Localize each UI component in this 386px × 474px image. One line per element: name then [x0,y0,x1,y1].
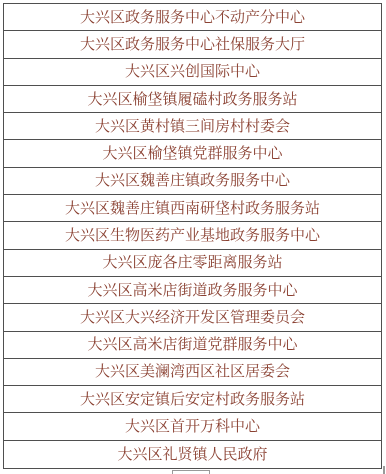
corner-resize-mark [383,466,385,474]
table-row: 大兴区礼贤镇人民政府 [4,441,381,468]
row-label: 大兴区美澜湾西区社区居委会 [95,364,290,379]
row-label: 大兴区榆垡镇履磕村政务服务站 [87,92,297,107]
row-label: 大兴区黄村镇三间房村村委会 [95,119,290,134]
table-row: 大兴区高米店街道政务服务中心 [4,277,381,304]
row-label: 大兴区魏善庄镇西南研垡村政务服务站 [65,201,320,216]
row-label: 大兴区兴创国际中心 [125,64,260,79]
table-row: 大兴区兴创国际中心 [4,59,381,86]
row-label: 大兴区生物医药产业基地政务服务中心 [65,228,320,243]
table-row: 大兴区生物医药产业基地政务服务中心 [4,222,381,249]
table-row: 大兴区魏善庄镇政务服务中心 [4,168,381,195]
row-label: 大兴区庞各庄零距离服务站 [102,255,282,270]
row-label: 大兴区魏善庄镇政务服务中心 [95,173,290,188]
table-row: 大兴区政务服务中心社保服务大厅 [4,31,381,58]
row-label: 大兴区大兴经济开发区管理委员会 [80,310,305,325]
table-row: 大兴区高米店街道党群服务中心 [4,332,381,359]
row-label: 大兴区礼贤镇人民政府 [117,447,267,462]
table-row: 大兴区政务服务中心不动产分中心 [4,4,381,31]
table-row: 大兴区大兴经济开发区管理委员会 [4,304,381,331]
row-label: 大兴区政务服务中心社保服务大厅 [80,37,305,52]
table-row: 大兴区黄村镇三间房村村委会 [4,113,381,140]
document-page: 大兴区政务服务中心不动产分中心 大兴区政务服务中心社保服务大厅 大兴区兴创国际中… [0,0,386,474]
row-label: 大兴区高米店街道党群服务中心 [87,337,297,352]
row-label: 大兴区政务服务中心不动产分中心 [80,10,305,25]
row-label: 大兴区榆垡镇党群服务中心 [102,146,282,161]
table-row: 大兴区安定镇后安定村政务服务站 [4,386,381,413]
row-label: 大兴区安定镇后安定村政务服务站 [80,392,305,407]
table-row: 大兴区庞各庄零距离服务站 [4,250,381,277]
table-row: 大兴区榆垡镇党群服务中心 [4,140,381,167]
service-center-table: 大兴区政务服务中心不动产分中心 大兴区政务服务中心社保服务大厅 大兴区兴创国际中… [3,3,382,469]
table-row: 大兴区榆垡镇履磕村政务服务站 [4,86,381,113]
row-label: 大兴区高米店街道政务服务中心 [87,283,297,298]
table-row: 大兴区魏善庄镇西南研垡村政务服务站 [4,195,381,222]
table-resize-handle[interactable] [172,470,210,474]
table-row: 大兴区美澜湾西区社区居委会 [4,359,381,386]
row-label: 大兴区首开万科中心 [125,419,260,434]
table-row: 大兴区首开万科中心 [4,413,381,440]
